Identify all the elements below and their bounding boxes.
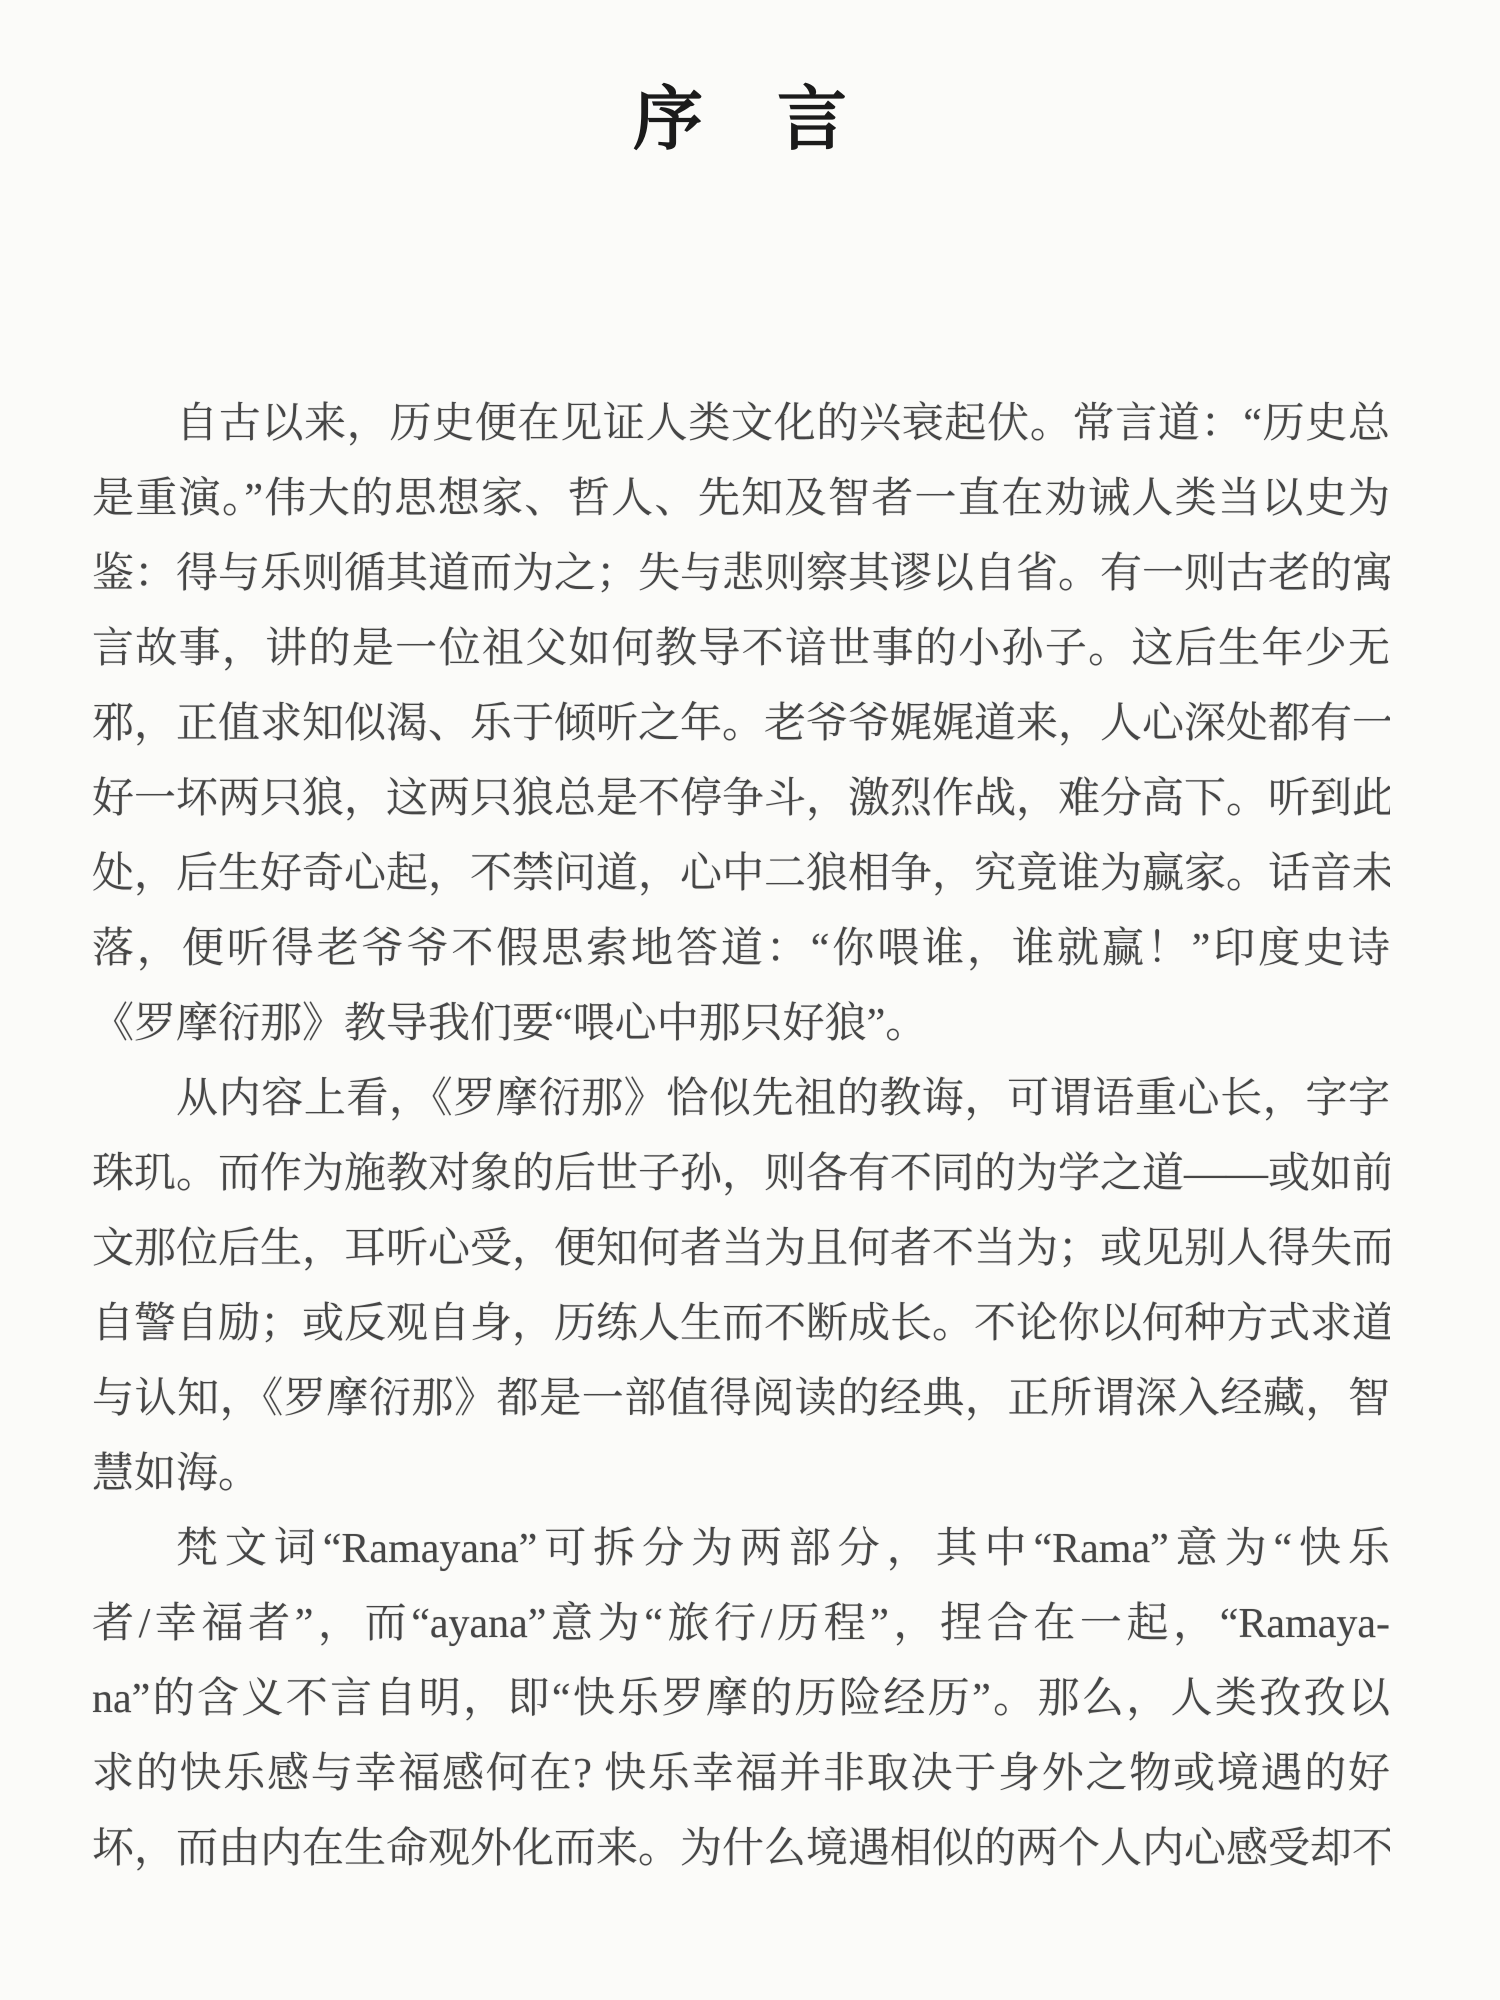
- text-line: 从内容上看，《罗摩衍那》恰似先祖的教诲，可谓语重心长，字字: [92, 1062, 1390, 1137]
- text-line: 处，后生好奇心起，不禁问道，心中二狼相争，究竟谁为赢家。话音未: [92, 837, 1390, 912]
- preface-body: 自古以来，历史便在见证人类文化的兴衰起伏。常言道：“历史总是重演。”伟大的思想家…: [92, 387, 1390, 1887]
- text-line: 珠玑。而作为施教对象的后世子孙，则各有不同的为学之道——或如前: [92, 1137, 1390, 1212]
- text-line: 者/幸福者”，而“ayana”意为“旅行/历程”，捏合在一起，“Ramaya-: [92, 1587, 1390, 1662]
- book-page: 序 言 自古以来，历史便在见证人类文化的兴衰起伏。常言道：“历史总是重演。”伟大…: [0, 0, 1500, 2000]
- text-line: 自警自励；或反观自身，历练人生而不断成长。不论你以何种方式求道: [92, 1287, 1390, 1362]
- text-line: na”的含义不言自明，即“快乐罗摩的历险经历”。那么，人类孜孜以: [92, 1662, 1390, 1737]
- text-line: 言故事，讲的是一位祖父如何教导不谙世事的小孙子。这后生年少无: [92, 612, 1390, 687]
- text-line: 坏，而由内在生命观外化而来。为什么境遇相似的两个人内心感受却不: [92, 1812, 1390, 1887]
- text-line: 落，便听得老爷爷不假思索地答道：“你喂谁，谁就赢！”印度史诗: [92, 912, 1390, 987]
- text-line: 邪，正值求知似渴、乐于倾听之年。老爷爷娓娓道来，人心深处都有一: [92, 687, 1390, 762]
- text-line: 文那位后生，耳听心受，便知何者当为且何者不当为；或见别人得失而: [92, 1212, 1390, 1287]
- text-line: 求的快乐感与幸福感何在? 快乐幸福并非取决于身外之物或境遇的好: [92, 1737, 1390, 1812]
- text-line: 鉴：得与乐则循其道而为之；失与悲则察其谬以自省。有一则古老的寓: [92, 537, 1390, 612]
- text-line: 自古以来，历史便在见证人类文化的兴衰起伏。常言道：“历史总: [92, 387, 1390, 462]
- text-line: 是重演。”伟大的思想家、哲人、先知及智者一直在劝诫人类当以史为: [92, 462, 1390, 537]
- preface-title: 序 言: [92, 86, 1390, 156]
- text-line: 梵文词“Ramayana”可拆分为两部分，其中“Rama”意为“快乐: [92, 1512, 1390, 1587]
- text-line: 好一坏两只狼，这两只狼总是不停争斗，激烈作战，难分高下。听到此: [92, 762, 1390, 837]
- text-line: 与认知，《罗摩衍那》都是一部值得阅读的经典，正所谓深入经藏，智: [92, 1362, 1390, 1437]
- text-line: 《罗摩衍那》教导我们要“喂心中那只好狼”。: [92, 987, 1390, 1062]
- text-line: 慧如海。: [92, 1437, 1390, 1512]
